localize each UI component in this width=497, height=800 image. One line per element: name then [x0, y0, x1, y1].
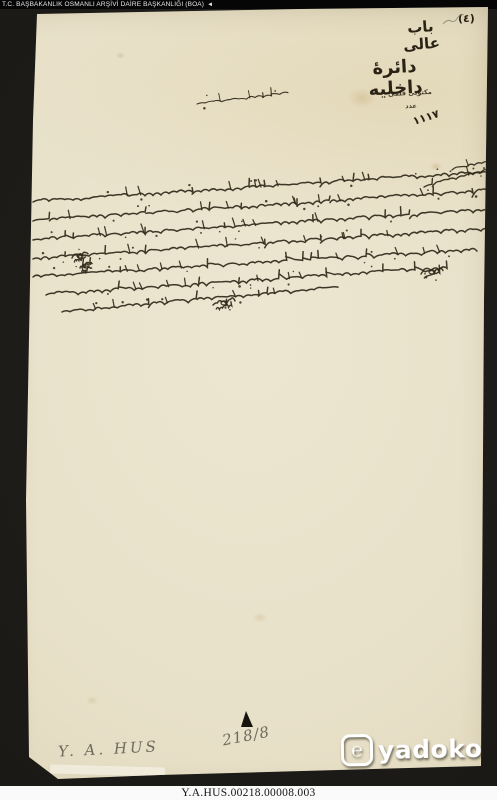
- arrow-icon: ◄: [207, 2, 213, 8]
- stain: [86, 696, 98, 705]
- watermark-badge-icon: ℮: [341, 734, 374, 767]
- document-reference-caption: Y.A.HUS.00218.00008.003: [181, 787, 315, 799]
- digitization-watermark: ℮ yadokom: [341, 732, 497, 767]
- seal-top-calligraphy: باب عالی: [397, 17, 445, 55]
- watermark-text: yadokom: [378, 733, 497, 764]
- caption-bar: Y.A.HUS.00218.00008.003: [0, 786, 497, 800]
- archive-scan-page: T.C. BAŞBAKANLIK OSMANLI ARŞİVİ DAİRE BA…: [0, 0, 497, 800]
- seal-count-label: عدد: [399, 102, 423, 110]
- archive-header-bar: T.C. BAŞBAKANLIK OSMANLI ARŞİVİ DAİRE BA…: [0, 0, 497, 9]
- archive-header-label: T.C. BAŞBAKANLIK OSMANLI ARŞİVİ DAİRE BA…: [2, 1, 204, 8]
- stain: [430, 162, 442, 171]
- page-number: (٤): [458, 12, 475, 25]
- stain: [252, 612, 268, 623]
- stain: [116, 52, 125, 59]
- document-scan: (٤) باب عالی دائرۀ داخلیه مكتوبى قلمى عد…: [0, 0, 497, 800]
